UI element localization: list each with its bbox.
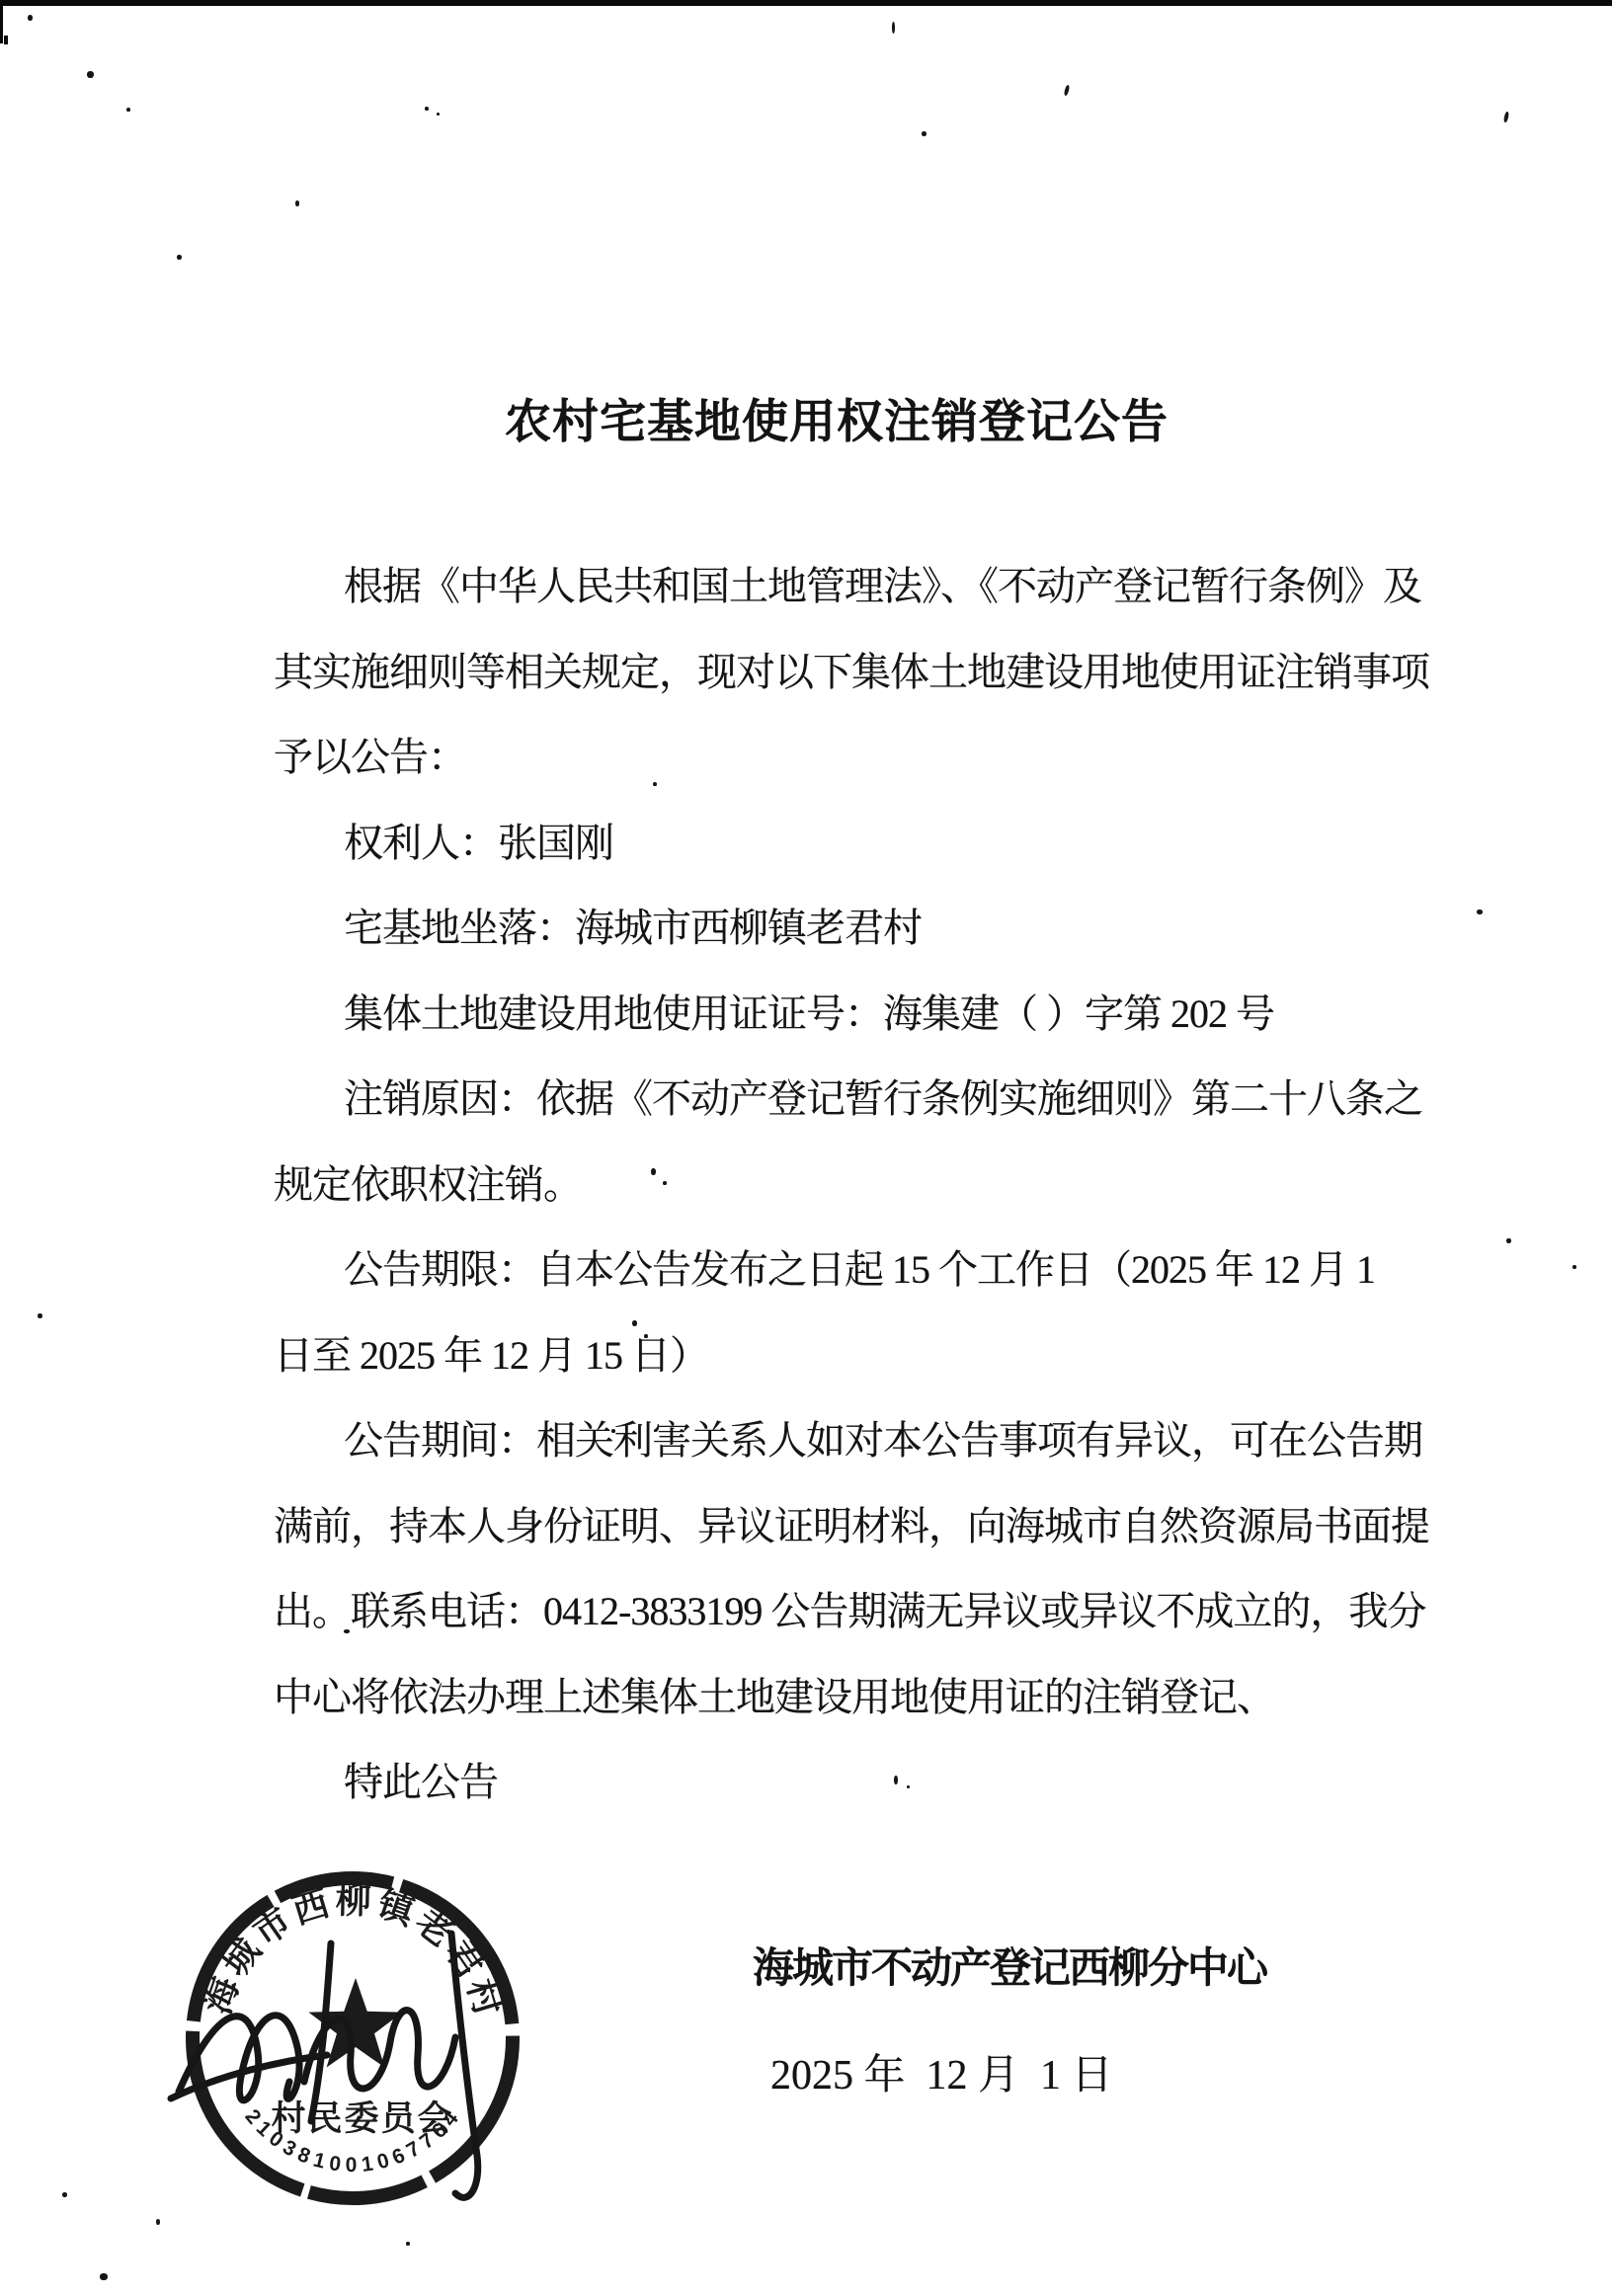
body-line-notice-period: 公告期限：自本公告发布之日起 15 个工作日（2025 年 12 月 1 bbox=[274, 1227, 1449, 1313]
scan-speck bbox=[892, 22, 895, 34]
body-line-certificate-no: 集体土地建设用地使用证证号：海集建（ ）字第 202 号 bbox=[274, 972, 1449, 1058]
scan-speck bbox=[1064, 85, 1071, 97]
body-line-location: 宅基地坐落：海城市西柳镇老君村 bbox=[274, 886, 1449, 972]
body-line-right-holder: 权利人：张国刚 bbox=[274, 801, 1449, 887]
body-line: 日至 2025 年 12 月 15 日） bbox=[274, 1313, 1449, 1399]
scan-speck bbox=[38, 1313, 42, 1318]
scan-speck bbox=[62, 2192, 67, 2197]
scan-speck bbox=[100, 2273, 108, 2280]
village-committee-seal: 海城市西柳镇老君村 村民委员会 210381001067764 bbox=[161, 1860, 546, 2255]
scanned-document-page: 农村宅基地使用权注销登记公告 根据《中华人民共和国土地管理法》、《不动产登记暂行… bbox=[0, 0, 1612, 2296]
scan-speck bbox=[1572, 1265, 1576, 1269]
body-line-contact: 出。联系电话：0412-3833199 公告期满无异议或异议不成立的，我分 bbox=[274, 1569, 1449, 1655]
scan-speck bbox=[177, 255, 182, 260]
scan-edge-top bbox=[0, 0, 1612, 6]
issuer-name: 海城市不动产登记西柳分中心 bbox=[753, 1936, 1266, 1995]
scan-speck bbox=[156, 2219, 160, 2225]
body-line-cancel-reason: 注销原因：依据《不动产登记暂行条例实施细则》第二十八条之 bbox=[274, 1057, 1449, 1143]
scan-speck bbox=[922, 131, 927, 136]
scan-speck bbox=[87, 71, 94, 78]
body-line-objection: 公告期间：相关利害关系人如对本公告事项有异议，可在公告期 bbox=[274, 1398, 1449, 1484]
document-body: 根据《中华人民共和国土地管理法》、《不动产登记暂行条例》及 其实施细则等相关规定… bbox=[274, 544, 1449, 1826]
body-line-closing: 特此公告 bbox=[274, 1740, 1449, 1826]
body-line: 其实施细则等相关规定，现对以下集体土地建设用地使用证注销事项 bbox=[274, 630, 1449, 716]
seal-graphic: 海城市西柳镇老君村 村民委员会 210381001067764 bbox=[161, 1860, 546, 2255]
scan-speck bbox=[28, 15, 33, 21]
issue-date: 2025 年 12 月 1 日 bbox=[770, 2042, 1113, 2101]
scan-speck bbox=[126, 108, 130, 112]
scan-speck bbox=[295, 200, 299, 206]
body-line: 规定依职权注销。 bbox=[274, 1143, 1449, 1228]
document-title: 农村宅基地使用权注销登记公告 bbox=[274, 385, 1400, 451]
body-line: 中心将依法办理上述集体土地建设用地使用证的注销登记、 bbox=[274, 1655, 1449, 1741]
body-line: 满前，持本人身份证明、异议证明材料，向海城市自然资源局书面提 bbox=[274, 1484, 1449, 1570]
scan-edge-left-mark bbox=[4, 36, 8, 44]
scan-speck bbox=[1503, 112, 1509, 123]
scan-speck bbox=[425, 107, 429, 111]
scan-speck bbox=[1477, 910, 1483, 914]
body-line: 根据《中华人民共和国土地管理法》、《不动产登记暂行条例》及 bbox=[274, 544, 1449, 630]
scan-edge-left bbox=[0, 0, 3, 43]
body-line: 予以公告： bbox=[274, 715, 1449, 801]
scan-speck bbox=[1506, 1238, 1511, 1243]
scan-speck bbox=[437, 113, 440, 116]
